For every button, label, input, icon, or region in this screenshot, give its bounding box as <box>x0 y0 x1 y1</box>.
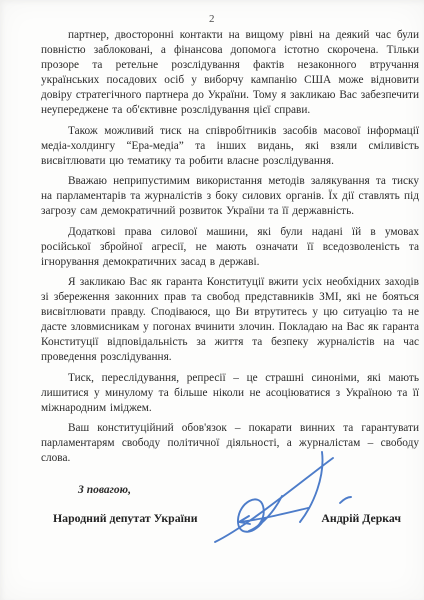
closing-salutation: З повагою, <box>78 483 419 498</box>
signature-block: Народний депутат України Андрій Деркач <box>53 511 401 526</box>
paragraph-2: Також можливий тиск на співробітників за… <box>41 124 419 169</box>
paragraph-6: Тиск, переслідування, репресії – це стра… <box>41 371 419 416</box>
paragraph-4: Додаткові права силової машини, які були… <box>41 225 419 270</box>
page-number: 2 <box>0 0 424 25</box>
paragraph-1: партнер, двосторонні контакти на вищому … <box>41 28 419 118</box>
paragraph-3: Вважаю неприпустимим використання методі… <box>41 174 419 219</box>
paragraph-7: Ваш конституційний обов'язок – покарати … <box>41 421 419 466</box>
signer-title: Народний депутат України <box>53 511 198 526</box>
letter-page: 2 партнер, двосторонні контакти на вищом… <box>0 0 424 600</box>
paragraph-5: Я закликаю Вас як гаранта Конституції вж… <box>41 275 419 365</box>
letter-body: партнер, двосторонні контакти на вищому … <box>0 25 424 526</box>
signer-name: Андрій Деркач <box>321 511 401 526</box>
